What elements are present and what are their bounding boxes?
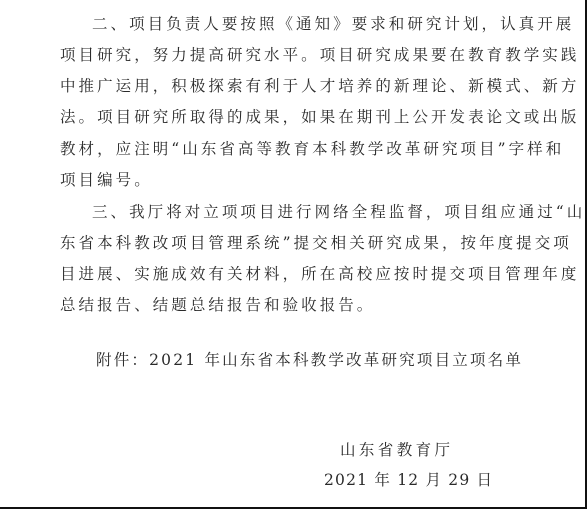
attachment-note: 附件：2021 年山东省本科教学改革研究项目立项名单	[96, 350, 523, 370]
document-page: 二、项目负责人要按照《通知》要求和研究计划，认真开展 项目研究，努力提高研究水平…	[0, 0, 587, 509]
paragraph-2-line-6: 项目编号。	[60, 170, 153, 190]
paragraph-2-line-3: 中推广运用，积极探索有利于人才培养的新理论、新模式、新方	[60, 76, 579, 96]
paragraph-2-line-2: 项目研究，努力提高研究水平。项目研究成果要在教育教学实践	[60, 45, 579, 65]
signature-date: 2021 年 12 月 29 日	[324, 470, 493, 490]
paragraph-2-line-5: 教材，应注明“山东省高等教育本科教学改革研究项目”字样和	[60, 139, 564, 159]
paragraph-2-line-4: 法。项目研究所取得的成果，如果在期刊上公开发表论文或出版	[60, 107, 579, 127]
paragraph-3-line-3: 目进展、实施成效有关材料，所在高校应按时提交项目管理年度	[60, 264, 579, 284]
signature-issuer: 山东省教育厅	[340, 440, 453, 460]
paragraph-3-line-2: 东省本科教改项目管理系统”提交相关研究成果，按年度提交项	[60, 233, 572, 253]
paragraph-3-line-1: 三、我厅将对立项项目进行网络全程监督，项目组应通过“山	[92, 202, 585, 222]
paragraph-3-line-4: 总结报告、结题总结报告和验收报告。	[60, 295, 375, 315]
paragraph-2-line-1: 二、项目负责人要按照《通知》要求和研究计划，认真开展	[92, 14, 574, 34]
